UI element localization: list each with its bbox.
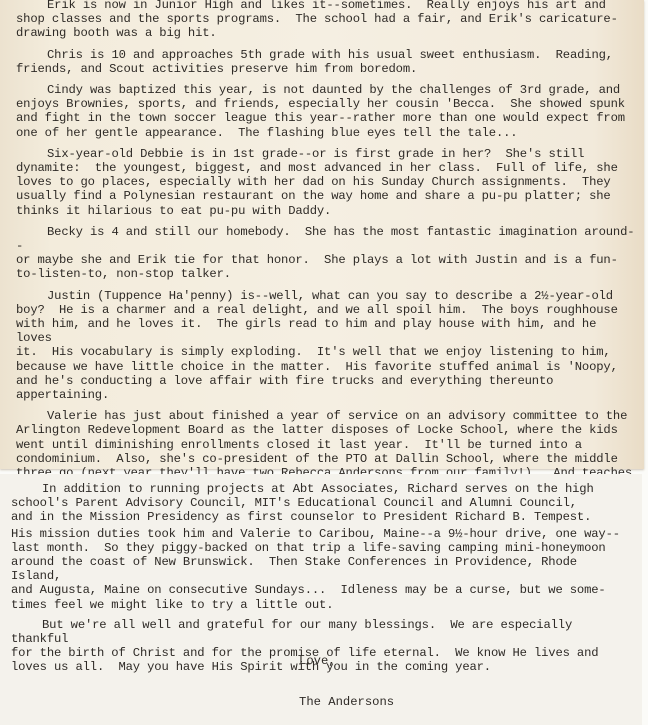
paragraph-mission: His mission duties took him and Valerie … bbox=[11, 527, 634, 612]
paragraph-becky: Becky is 4 and still our homebody. She h… bbox=[16, 225, 636, 282]
paragraph-debbie: Six-year-old Debbie is in 1st grade--or … bbox=[16, 147, 636, 218]
paragraph-justin: Justin (Tuppence Ha'penny) is--well, wha… bbox=[16, 289, 636, 403]
signature: The Andersons bbox=[299, 695, 394, 709]
paragraph-chris: Chris is 10 and approaches 5th grade wit… bbox=[16, 48, 636, 76]
paragraph-cindy: Cindy was baptized this year, is not dau… bbox=[16, 83, 636, 140]
letter-page-top: Erik is now in Junior High and likes it-… bbox=[0, 0, 644, 469]
letter-page-bottom: In addition to running projects at Abt A… bbox=[0, 474, 642, 725]
closing-line: Love, bbox=[299, 654, 336, 668]
paragraph-richard: In addition to running projects at Abt A… bbox=[11, 482, 634, 525]
paragraph-erik: Erik is now in Junior High and likes it-… bbox=[16, 0, 636, 41]
